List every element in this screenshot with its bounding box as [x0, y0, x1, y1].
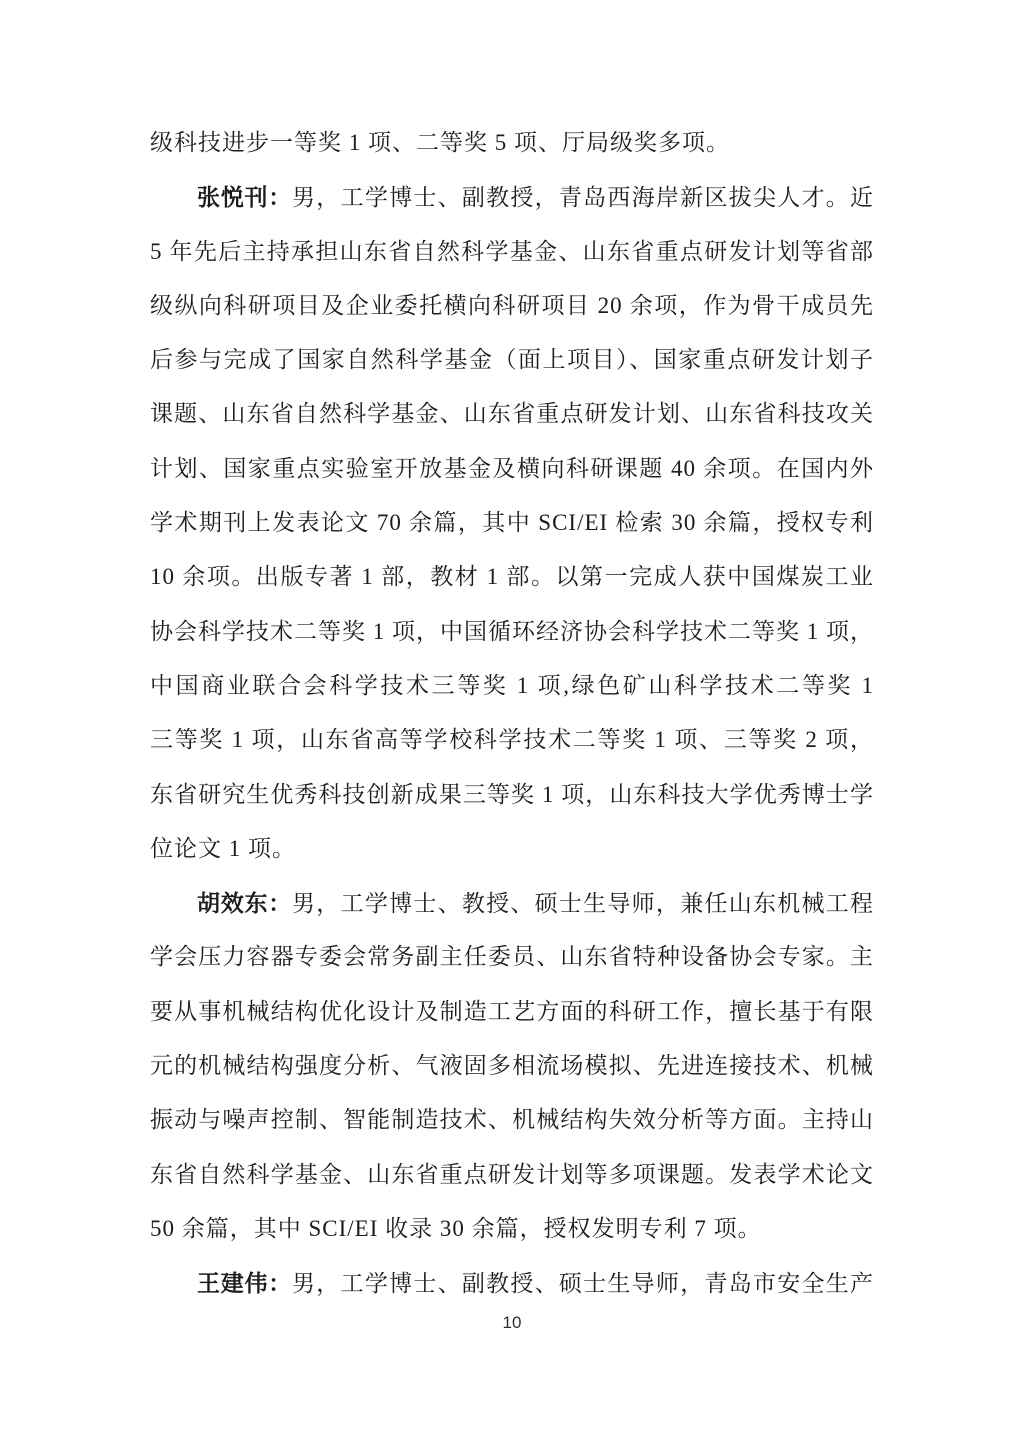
- text-line: 三等奖 1 项，山东省高等学校科学技术二等奖 1 项、三等奖 2 项，山: [150, 713, 874, 767]
- text-segment: 50 余篇，其中 SCI/EI 收录 30 余篇，授权发明专利 7 项。: [150, 1216, 762, 1241]
- text-segment: 计划、国家重点实验室开放基金及横向科研课题 40 余项。在国内外: [150, 456, 874, 481]
- text-line: 课题、山东省自然科学基金、山东省重点研发计划、山东省科技攻关: [150, 387, 874, 441]
- text-segment: 级纵向科研项目及企业委托横向科研项目 20 余项，作为骨干成员先: [150, 293, 874, 318]
- text-line: 中国商业联合会科学技术三等奖 1 项,绿色矿山科学技术二等奖 1 项、: [150, 659, 874, 713]
- person-name: 胡效东：: [197, 890, 292, 916]
- text-line: 东省研究生优秀科技创新成果三等奖 1 项，山东科技大学优秀博士学: [150, 768, 874, 822]
- text-line: 级纵向科研项目及企业委托横向科研项目 20 余项，作为骨干成员先: [150, 279, 874, 333]
- paragraph-bio-zhangyuekan: 张悦刊：男，工学博士、副教授，青岛西海岸新区拔尖人才。近5 年先后主持承担山东省…: [150, 170, 874, 876]
- text-line: 5 年先后主持承担山东省自然科学基金、山东省重点研发计划等省部: [150, 225, 874, 279]
- text-segment: 元的机械结构强度分析、气液固多相流场模拟、先进连接技术、机械: [150, 1053, 874, 1078]
- text-segment: 男，工学博士、副教授、硕士生导师，青岛市安全生产: [292, 1271, 874, 1296]
- text-segment: 学会压力容器专委会常务副主任委员、山东省特种设备协会专家。主: [150, 944, 874, 969]
- text-segment: 学术期刊上发表论文 70 余篇，其中 SCI/EI 检索 30 余篇，授权专利: [150, 510, 874, 535]
- text-line: 东省自然科学基金、山东省重点研发计划等多项课题。发表学术论文: [150, 1148, 874, 1202]
- text-line: 协会科学技术二等奖 1 项，中国循环经济协会科学技术二等奖 1 项，: [150, 605, 874, 659]
- text-segment: 东省研究生优秀科技创新成果三等奖 1 项，山东科技大学优秀博士学: [150, 782, 874, 807]
- paragraph-continuation: 级科技进步一等奖 1 项、二等奖 5 项、厅局级奖多项。: [150, 116, 874, 170]
- text-segment: 课题、山东省自然科学基金、山东省重点研发计划、山东省科技攻关: [150, 401, 874, 426]
- text-line: 10 余项。出版专著 1 部，教材 1 部。以第一完成人获中国煤炭工业: [150, 550, 874, 604]
- text-segment: 振动与噪声控制、智能制造技术、机械结构失效分析等方面。主持山: [150, 1107, 874, 1132]
- document-body: 级科技进步一等奖 1 项、二等奖 5 项、厅局级奖多项。张悦刊：男，工学博士、副…: [150, 116, 874, 1311]
- paragraph-bio-wangjianwei: 王建伟：男，工学博士、副教授、硕士生导师，青岛市安全生产: [150, 1256, 874, 1310]
- text-segment: 级科技进步一等奖 1 项、二等奖 5 项、厅局级奖多项。: [150, 130, 730, 155]
- document-page: 级科技进步一等奖 1 项、二等奖 5 项、厅局级奖多项。张悦刊：男，工学博士、副…: [0, 0, 1024, 1448]
- text-line: 学会压力容器专委会常务副主任委员、山东省特种设备协会专家。主: [150, 930, 874, 984]
- text-line: 位论文 1 项。: [150, 822, 874, 876]
- text-line: 学术期刊上发表论文 70 余篇，其中 SCI/EI 检索 30 余篇，授权专利: [150, 496, 874, 550]
- text-segment: 要从事机械结构优化设计及制造工艺方面的科研工作，擅长基于有限: [150, 999, 874, 1024]
- text-segment: 位论文 1 项。: [150, 836, 296, 861]
- text-line: 计划、国家重点实验室开放基金及横向科研课题 40 余项。在国内外: [150, 442, 874, 496]
- text-line: 50 余篇，其中 SCI/EI 收录 30 余篇，授权发明专利 7 项。: [150, 1202, 874, 1256]
- page-footer: 10: [0, 1310, 1024, 1336]
- text-line: 胡效东：男，工学博士、教授、硕士生导师，兼任山东机械工程: [150, 876, 874, 930]
- text-line: 张悦刊：男，工学博士、副教授，青岛西海岸新区拔尖人才。近: [150, 170, 874, 224]
- paragraph-bio-huxiaodong: 胡效东：男，工学博士、教授、硕士生导师，兼任山东机械工程学会压力容器专委会常务副…: [150, 876, 874, 1256]
- page-number: 10: [503, 1313, 522, 1332]
- text-line: 要从事机械结构优化设计及制造工艺方面的科研工作，擅长基于有限: [150, 985, 874, 1039]
- person-name: 张悦刊：: [197, 184, 292, 210]
- text-line: 王建伟：男，工学博士、副教授、硕士生导师，青岛市安全生产: [150, 1256, 874, 1310]
- text-line: 级科技进步一等奖 1 项、二等奖 5 项、厅局级奖多项。: [150, 116, 874, 170]
- text-segment: 男，工学博士、教授、硕士生导师，兼任山东机械工程: [292, 891, 874, 916]
- text-segment: 后参与完成了国家自然科学基金（面上项目）、国家重点研发计划子: [150, 347, 874, 372]
- text-segment: 三等奖 1 项，山东省高等学校科学技术二等奖 1 项、三等奖 2 项，山: [150, 727, 874, 767]
- text-segment: 东省自然科学基金、山东省重点研发计划等多项课题。发表学术论文: [150, 1162, 874, 1187]
- text-line: 振动与噪声控制、智能制造技术、机械结构失效分析等方面。主持山: [150, 1093, 874, 1147]
- text-segment: 男，工学博士、副教授，青岛西海岸新区拔尖人才。近: [292, 185, 874, 210]
- person-name: 王建伟：: [197, 1270, 292, 1296]
- text-line: 元的机械结构强度分析、气液固多相流场模拟、先进连接技术、机械: [150, 1039, 874, 1093]
- text-segment: 10 余项。出版专著 1 部，教材 1 部。以第一完成人获中国煤炭工业: [150, 564, 874, 589]
- text-segment: 中国商业联合会科学技术三等奖 1 项,绿色矿山科学技术二等奖 1 项、: [150, 673, 874, 713]
- text-line: 后参与完成了国家自然科学基金（面上项目）、国家重点研发计划子: [150, 333, 874, 387]
- text-segment: 5 年先后主持承担山东省自然科学基金、山东省重点研发计划等省部: [150, 239, 874, 264]
- text-segment: 协会科学技术二等奖 1 项，中国循环经济协会科学技术二等奖 1 项，: [150, 619, 874, 644]
